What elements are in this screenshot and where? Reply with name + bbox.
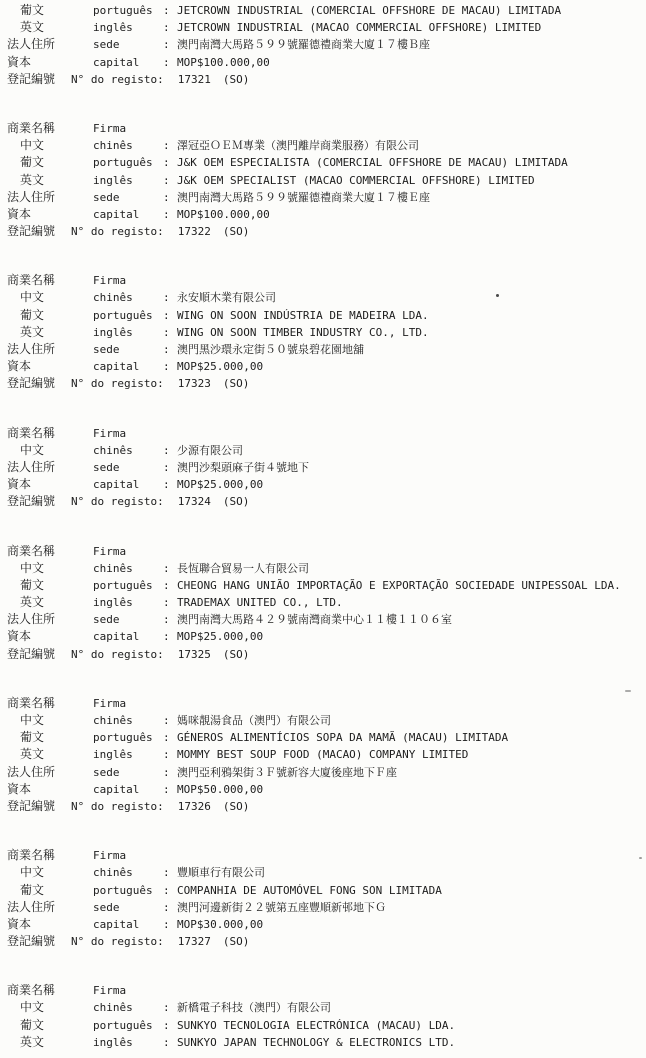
label-pt: inglês bbox=[93, 172, 163, 189]
field-value: 澳門南灣大馬路４２９號南灣商業中心１１樓１１０６室 bbox=[177, 611, 646, 628]
field-separator: : bbox=[163, 459, 177, 476]
field-value: 澳門南灣大馬路５９９號羅德禮商業大廈１７樓Ｂ座 bbox=[177, 36, 646, 53]
field-value: 長恆聯合貿易一人有限公司 bbox=[177, 560, 646, 577]
entry-row: 資本capital:MOP$30.000,00 bbox=[7, 916, 646, 933]
field-separator: : bbox=[163, 154, 177, 171]
label-pt: inglês bbox=[93, 324, 163, 341]
label-zh: 葡文 bbox=[7, 882, 93, 899]
entry-row: 法人住所sede:澳門南灣大馬路５９９號羅德禮商業大廈１７樓Ｅ座 bbox=[7, 189, 646, 206]
field-separator: : bbox=[163, 729, 177, 746]
field-value: JETCROWN INDUSTRIAL (COMERCIAL OFFSHORE … bbox=[177, 2, 646, 19]
field-separator: : bbox=[163, 899, 177, 916]
entry-row: 英文inglês:SUNKYO JAPAN TECHNOLOGY & ELECT… bbox=[7, 1034, 646, 1051]
label-zh: 葡文 bbox=[7, 307, 93, 324]
label-pt: capital bbox=[93, 476, 163, 493]
field-separator: : bbox=[163, 54, 177, 71]
field-value: COMPANHIA DE AUTOMÓVEL FONG SON LIMITADA bbox=[177, 882, 646, 899]
field-separator: : bbox=[163, 1017, 177, 1034]
label-zh: 資本 bbox=[7, 206, 93, 223]
field-separator: : bbox=[163, 172, 177, 189]
label-zh: 登記編號 bbox=[7, 493, 71, 510]
entry-row: 法人住所sede:澳門南灣大馬路５９９號羅德禮商業大廈１７樓Ｂ座 bbox=[7, 36, 646, 53]
label-pt: sede bbox=[93, 764, 163, 781]
registry-entry: 商業名稱Firma中文chinês:少源有限公司法人住所sede:澳門沙梨頭麻子… bbox=[7, 425, 646, 511]
field-value: 澳門亞利鴉架街３Ｆ號新容大廈後座地下Ｆ座 bbox=[177, 764, 646, 781]
label-pt: N° do registo: bbox=[71, 375, 164, 392]
field-separator: : bbox=[163, 577, 177, 594]
label-pt: sede bbox=[93, 341, 163, 358]
label-pt: inglês bbox=[93, 1034, 163, 1051]
label-pt: chinês bbox=[93, 289, 163, 306]
field-separator: : bbox=[163, 442, 177, 459]
label-pt: inglês bbox=[93, 746, 163, 763]
label-pt: chinês bbox=[93, 999, 163, 1016]
label-pt: português bbox=[93, 1017, 163, 1034]
field-value: 澳門沙梨頭麻子街４號地下 bbox=[177, 459, 646, 476]
field-separator: : bbox=[163, 36, 177, 53]
label-zh: 商業名稱 bbox=[7, 982, 93, 999]
label-zh: 法人住所 bbox=[7, 611, 93, 628]
entry-row: 法人住所sede:澳門黑沙環永定街５０號泉碧花園地舖 bbox=[7, 341, 646, 358]
registration-suffix: (SO) bbox=[223, 493, 250, 510]
field-separator: : bbox=[163, 476, 177, 493]
label-zh: 資本 bbox=[7, 628, 93, 645]
label-zh: 中文 bbox=[7, 137, 93, 154]
registration-suffix: (SO) bbox=[223, 375, 250, 392]
label-pt: chinês bbox=[93, 442, 163, 459]
registration-suffix: (SO) bbox=[223, 798, 250, 815]
label-pt: chinês bbox=[93, 712, 163, 729]
entry-row: 法人住所sede:澳門南灣大馬路４２９號南灣商業中心１１樓１１０６室 bbox=[7, 611, 646, 628]
label-zh: 中文 bbox=[7, 864, 93, 881]
entry-row: 中文chinês:永安順木業有限公司 bbox=[7, 289, 646, 306]
label-zh: 葡文 bbox=[7, 154, 93, 171]
field-value: SUNKYO TECNOLOGIA ELECTRÓNICA (MACAU) LD… bbox=[177, 1017, 646, 1034]
label-pt: N° do registo: bbox=[71, 493, 164, 510]
label-zh: 法人住所 bbox=[7, 189, 93, 206]
label-zh: 登記編號 bbox=[7, 798, 71, 815]
field-value: MOP$100.000,00 bbox=[177, 54, 646, 71]
field-value: SUNKYO JAPAN TECHNOLOGY & ELECTRONICS LT… bbox=[177, 1034, 646, 1051]
field-value: J&K OEM SPECIALIST (MACAO COMMERCIAL OFF… bbox=[177, 172, 646, 189]
entry-row: 葡文português:WING ON SOON INDÚSTRIA DE MA… bbox=[7, 307, 646, 324]
label-pt: capital bbox=[93, 781, 163, 798]
field-value: 澤冠亞ＯＥＭ專業（澳門離岸商業服務）有限公司 bbox=[177, 137, 646, 154]
label-pt: capital bbox=[93, 358, 163, 375]
label-zh: 登記編號 bbox=[7, 933, 71, 950]
entry-row: 中文chinês:澤冠亞ＯＥＭ專業（澳門離岸商業服務）有限公司 bbox=[7, 137, 646, 154]
label-zh: 葡文 bbox=[7, 1017, 93, 1034]
label-zh: 商業名稱 bbox=[7, 425, 93, 442]
field-separator: : bbox=[163, 594, 177, 611]
field-separator: : bbox=[163, 1034, 177, 1051]
label-zh: 登記編號 bbox=[7, 71, 71, 88]
label-zh: 法人住所 bbox=[7, 899, 93, 916]
label-pt: capital bbox=[93, 916, 163, 933]
label-pt: N° do registo: bbox=[71, 71, 164, 88]
label-pt: sede bbox=[93, 459, 163, 476]
label-zh: 資本 bbox=[7, 358, 93, 375]
label-pt: N° do registo: bbox=[71, 933, 164, 950]
entry-row: 商業名稱Firma bbox=[7, 272, 646, 289]
registration-suffix: (SO) bbox=[223, 71, 250, 88]
entry-row: 法人住所sede:澳門河邊新街２２號第五座豐順新邨地下Ｇ bbox=[7, 899, 646, 916]
label-zh: 中文 bbox=[7, 999, 93, 1016]
label-zh: 登記編號 bbox=[7, 646, 71, 663]
label-zh: 葡文 bbox=[7, 577, 93, 594]
label-pt: sede bbox=[93, 36, 163, 53]
registration-number: 17324 bbox=[178, 493, 211, 510]
field-value: TRADEMAX UNITED CO., LTD. bbox=[177, 594, 646, 611]
label-pt: capital bbox=[93, 54, 163, 71]
entry-row: 資本capital:MOP$100.000,00 bbox=[7, 206, 646, 223]
scan-artifact bbox=[496, 294, 499, 297]
entry-row: 中文chinês:豐順車行有限公司 bbox=[7, 864, 646, 881]
field-separator: : bbox=[163, 341, 177, 358]
registration-suffix: (SO) bbox=[223, 223, 250, 240]
entry-row: 中文chinês:長恆聯合貿易一人有限公司 bbox=[7, 560, 646, 577]
label-pt: chinês bbox=[93, 560, 163, 577]
scan-artifact bbox=[625, 690, 631, 692]
field-separator: : bbox=[163, 2, 177, 19]
label-pt: N° do registo: bbox=[71, 223, 164, 240]
label-pt: sede bbox=[93, 899, 163, 916]
label-zh: 商業名稱 bbox=[7, 543, 93, 560]
entry-row: 英文inglês:MOMMY BEST SOUP FOOD (MACAO) CO… bbox=[7, 746, 646, 763]
entry-row: 商業名稱Firma bbox=[7, 847, 646, 864]
entry-row: 葡文português:COMPANHIA DE AUTOMÓVEL FONG … bbox=[7, 882, 646, 899]
entry-row: 資本capital:MOP$25.000,00 bbox=[7, 628, 646, 645]
field-separator: : bbox=[163, 999, 177, 1016]
label-pt: sede bbox=[93, 611, 163, 628]
label-pt: chinês bbox=[93, 137, 163, 154]
label-zh: 英文 bbox=[7, 746, 93, 763]
registration-suffix: (SO) bbox=[223, 646, 250, 663]
field-separator: : bbox=[163, 916, 177, 933]
field-value: 澳門黑沙環永定街５０號泉碧花園地舖 bbox=[177, 341, 646, 358]
field-separator: : bbox=[163, 19, 177, 36]
entry-row: 登記編號N° do registo:17323(SO) bbox=[7, 375, 646, 392]
field-separator: : bbox=[163, 560, 177, 577]
label-zh: 英文 bbox=[7, 172, 93, 189]
registration-suffix: (SO) bbox=[223, 933, 250, 950]
field-separator: : bbox=[163, 307, 177, 324]
field-separator: : bbox=[163, 882, 177, 899]
label-pt: português bbox=[93, 729, 163, 746]
label-pt: inglês bbox=[93, 594, 163, 611]
label-pt: Firma bbox=[93, 695, 126, 712]
field-value: MOMMY BEST SOUP FOOD (MACAO) COMPANY LIM… bbox=[177, 746, 646, 763]
entry-row: 登記編號N° do registo:17327(SO) bbox=[7, 933, 646, 950]
entry-row: 英文inglês:JETCROWN INDUSTRIAL (MACAO COMM… bbox=[7, 19, 646, 36]
field-value: MOP$30.000,00 bbox=[177, 916, 646, 933]
entry-row: 登記編號N° do registo:17325(SO) bbox=[7, 646, 646, 663]
entry-row: 商業名稱Firma bbox=[7, 982, 646, 999]
field-value: WING ON SOON INDÚSTRIA DE MADEIRA LDA. bbox=[177, 307, 646, 324]
entry-row: 資本capital:MOP$50.000,00 bbox=[7, 781, 646, 798]
field-separator: : bbox=[163, 864, 177, 881]
field-value: J&K OEM ESPECIALISTA (COMERCIAL OFFSHORE… bbox=[177, 154, 646, 171]
field-value: MOP$50.000,00 bbox=[177, 781, 646, 798]
registry-entry: 商業名稱Firma中文chinês:媽咪靚湯食品（澳門）有限公司葡文portug… bbox=[7, 695, 646, 815]
field-separator: : bbox=[163, 137, 177, 154]
label-zh: 登記編號 bbox=[7, 375, 71, 392]
scan-artifact bbox=[639, 857, 642, 859]
label-zh: 商業名稱 bbox=[7, 847, 93, 864]
registration-number: 17321 bbox=[178, 71, 211, 88]
label-zh: 英文 bbox=[7, 324, 93, 341]
label-pt: português bbox=[93, 882, 163, 899]
label-pt: Firma bbox=[93, 847, 126, 864]
entry-row: 法人住所sede:澳門沙梨頭麻子街４號地下 bbox=[7, 459, 646, 476]
field-value: GÉNEROS ALIMENTÍCIOS SOPA DA MAMÃ (MACAU… bbox=[177, 729, 646, 746]
label-zh: 葡文 bbox=[7, 2, 93, 19]
field-value: MOP$25.000,00 bbox=[177, 628, 646, 645]
label-zh: 資本 bbox=[7, 916, 93, 933]
field-value: MOP$100.000,00 bbox=[177, 206, 646, 223]
label-zh: 法人住所 bbox=[7, 764, 93, 781]
field-separator: : bbox=[163, 712, 177, 729]
entry-row: 英文inglês:WING ON SOON TIMBER INDUSTRY CO… bbox=[7, 324, 646, 341]
field-value: 澳門南灣大馬路５９９號羅德禮商業大廈１７樓Ｅ座 bbox=[177, 189, 646, 206]
registry-entry: 商業名稱Firma中文chinês:長恆聯合貿易一人有限公司葡文portuguê… bbox=[7, 543, 646, 663]
entry-row: 葡文português:CHEONG HANG UNIÃO IMPORTAÇÃO… bbox=[7, 577, 646, 594]
entry-row: 商業名稱Firma bbox=[7, 425, 646, 442]
entry-row: 登記編號N° do registo:17324(SO) bbox=[7, 493, 646, 510]
label-zh: 英文 bbox=[7, 19, 93, 36]
entry-row: 商業名稱Firma bbox=[7, 695, 646, 712]
label-pt: capital bbox=[93, 206, 163, 223]
registry-entry: 商業名稱Firma中文chinês:豐順車行有限公司葡文português:CO… bbox=[7, 847, 646, 950]
field-separator: : bbox=[163, 289, 177, 306]
label-pt: Firma bbox=[93, 120, 126, 137]
entry-row: 葡文português:GÉNEROS ALIMENTÍCIOS SOPA DA… bbox=[7, 729, 646, 746]
field-separator: : bbox=[163, 628, 177, 645]
field-value: MOP$25.000,00 bbox=[177, 476, 646, 493]
entry-row: 法人住所sede:澳門亞利鴉架街３Ｆ號新容大廈後座地下Ｆ座 bbox=[7, 764, 646, 781]
label-zh: 法人住所 bbox=[7, 459, 93, 476]
registry-entry: 葡文português:JETCROWN INDUSTRIAL (COMERCI… bbox=[7, 2, 646, 88]
entry-row: 中文chinês:新橋電子科技（澳門）有限公司 bbox=[7, 999, 646, 1016]
entry-row: 資本capital:MOP$25.000,00 bbox=[7, 476, 646, 493]
field-separator: : bbox=[163, 611, 177, 628]
label-zh: 英文 bbox=[7, 594, 93, 611]
entry-row: 英文inglês:TRADEMAX UNITED CO., LTD. bbox=[7, 594, 646, 611]
label-pt: português bbox=[93, 154, 163, 171]
field-separator: : bbox=[163, 206, 177, 223]
field-value: 澳門河邊新街２２號第五座豐順新邨地下Ｇ bbox=[177, 899, 646, 916]
label-zh: 中文 bbox=[7, 442, 93, 459]
field-separator: : bbox=[163, 746, 177, 763]
registration-number: 17323 bbox=[178, 375, 211, 392]
label-pt: Firma bbox=[93, 425, 126, 442]
label-pt: português bbox=[93, 577, 163, 594]
field-value: WING ON SOON TIMBER INDUSTRY CO., LTD. bbox=[177, 324, 646, 341]
field-value: CHEONG HANG UNIÃO IMPORTAÇÃO E EXPORTAÇÃ… bbox=[177, 577, 646, 594]
registry-entry: 商業名稱Firma中文chinês:澤冠亞ＯＥＭ專業（澳門離岸商業服務）有限公司… bbox=[7, 120, 646, 240]
label-pt: Firma bbox=[93, 272, 126, 289]
field-value: 永安順木業有限公司 bbox=[177, 289, 646, 306]
registry-entry: 商業名稱Firma中文chinês:永安順木業有限公司葡文português:W… bbox=[7, 272, 646, 392]
label-zh: 登記編號 bbox=[7, 223, 71, 240]
registry-entry: 商業名稱Firma中文chinês:新橋電子科技（澳門）有限公司葡文portug… bbox=[7, 982, 646, 1051]
label-pt: sede bbox=[93, 189, 163, 206]
registration-number: 17327 bbox=[178, 933, 211, 950]
label-zh: 葡文 bbox=[7, 729, 93, 746]
entry-row: 葡文português:SUNKYO TECNOLOGIA ELECTRÓNIC… bbox=[7, 1017, 646, 1034]
label-zh: 中文 bbox=[7, 712, 93, 729]
field-value: 少源有限公司 bbox=[177, 442, 646, 459]
entry-row: 登記編號N° do registo:17326(SO) bbox=[7, 798, 646, 815]
entry-row: 中文chinês:少源有限公司 bbox=[7, 442, 646, 459]
entry-row: 登記編號N° do registo:17322(SO) bbox=[7, 223, 646, 240]
label-zh: 英文 bbox=[7, 1034, 93, 1051]
scanned-registry-page: { "labels": { "separator": ":" }, "entri… bbox=[0, 0, 646, 1058]
label-pt: N° do registo: bbox=[71, 646, 164, 663]
field-value: 媽咪靚湯食品（澳門）有限公司 bbox=[177, 712, 646, 729]
label-zh: 資本 bbox=[7, 54, 93, 71]
field-separator: : bbox=[163, 781, 177, 798]
registration-number: 17325 bbox=[178, 646, 211, 663]
label-zh: 資本 bbox=[7, 781, 93, 798]
entry-row: 商業名稱Firma bbox=[7, 120, 646, 137]
field-separator: : bbox=[163, 764, 177, 781]
label-zh: 法人住所 bbox=[7, 341, 93, 358]
label-pt: Firma bbox=[93, 982, 126, 999]
entry-row: 資本capital:MOP$25.000,00 bbox=[7, 358, 646, 375]
field-value: JETCROWN INDUSTRIAL (MACAO COMMERCIAL OF… bbox=[177, 19, 646, 36]
field-value: MOP$25.000,00 bbox=[177, 358, 646, 375]
label-pt: N° do registo: bbox=[71, 798, 164, 815]
entry-row: 葡文português:JETCROWN INDUSTRIAL (COMERCI… bbox=[7, 2, 646, 19]
label-pt: português bbox=[93, 2, 163, 19]
field-separator: : bbox=[163, 324, 177, 341]
label-zh: 商業名稱 bbox=[7, 120, 93, 137]
label-zh: 商業名稱 bbox=[7, 695, 93, 712]
label-pt: Firma bbox=[93, 543, 126, 560]
entry-row: 中文chinês:媽咪靚湯食品（澳門）有限公司 bbox=[7, 712, 646, 729]
registration-number: 17322 bbox=[178, 223, 211, 240]
entry-row: 英文inglês:J&K OEM SPECIALIST (MACAO COMME… bbox=[7, 172, 646, 189]
label-zh: 中文 bbox=[7, 289, 93, 306]
entry-row: 登記編號N° do registo:17321(SO) bbox=[7, 71, 646, 88]
entry-row: 資本capital:MOP$100.000,00 bbox=[7, 54, 646, 71]
label-zh: 商業名稱 bbox=[7, 272, 93, 289]
field-separator: : bbox=[163, 358, 177, 375]
entry-row: 葡文português:J&K OEM ESPECIALISTA (COMERC… bbox=[7, 154, 646, 171]
label-pt: capital bbox=[93, 628, 163, 645]
field-separator: : bbox=[163, 189, 177, 206]
label-pt: chinês bbox=[93, 864, 163, 881]
entry-row: 商業名稱Firma bbox=[7, 543, 646, 560]
label-zh: 資本 bbox=[7, 476, 93, 493]
label-pt: inglês bbox=[93, 19, 163, 36]
registry-entry-list: 葡文português:JETCROWN INDUSTRIAL (COMERCI… bbox=[0, 0, 646, 1051]
label-zh: 法人住所 bbox=[7, 36, 93, 53]
field-value: 新橋電子科技（澳門）有限公司 bbox=[177, 999, 646, 1016]
label-pt: português bbox=[93, 307, 163, 324]
label-zh: 中文 bbox=[7, 560, 93, 577]
registration-number: 17326 bbox=[178, 798, 211, 815]
field-value: 豐順車行有限公司 bbox=[177, 864, 646, 881]
